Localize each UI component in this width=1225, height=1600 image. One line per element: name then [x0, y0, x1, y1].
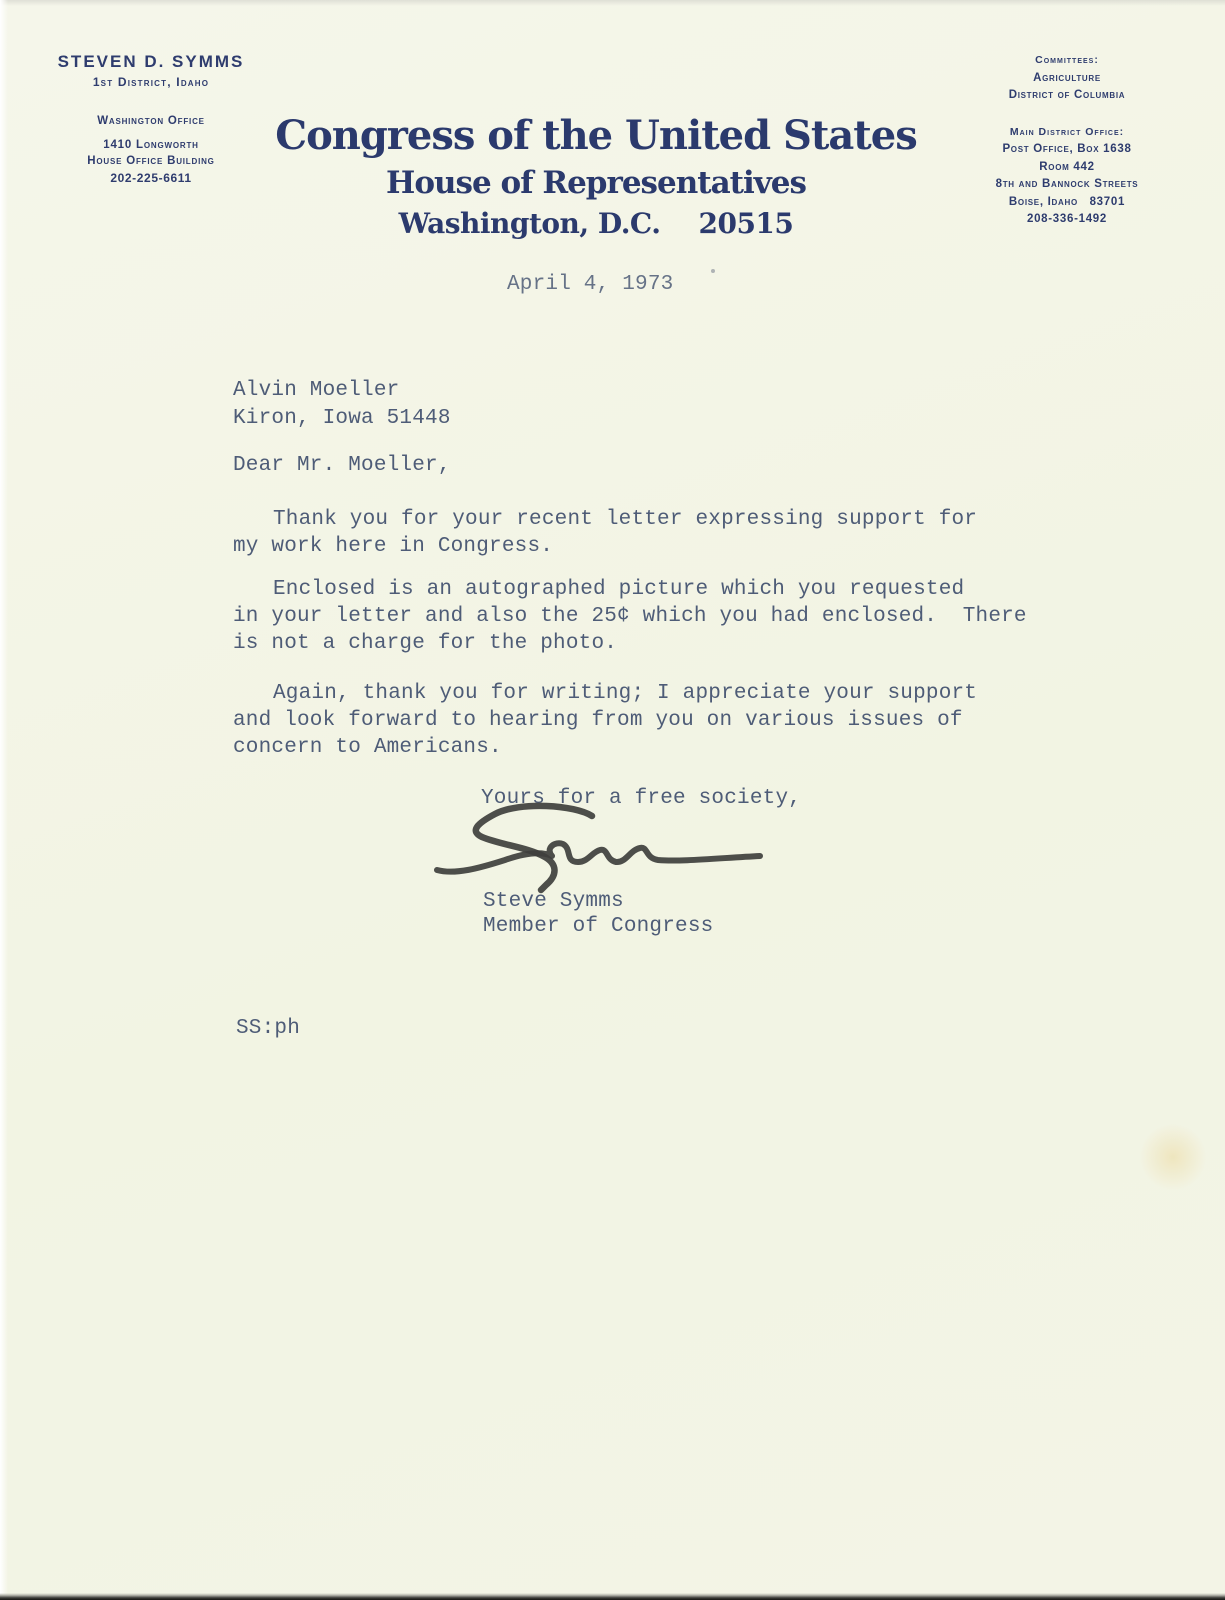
- signature-handwriting: [415, 798, 780, 898]
- paper-stain: [1128, 1112, 1218, 1202]
- committee-agriculture: Agriculture: [952, 70, 1182, 88]
- zip-code: 20515: [698, 207, 793, 240]
- sender-name: Steven D. Symms: [38, 52, 264, 72]
- letter-date: April 4, 1973: [507, 271, 673, 298]
- recipient-city: Kiron, Iowa 51448: [233, 405, 451, 432]
- body-line: Again, thank you for writing; I apprecia…: [233, 680, 977, 707]
- scan-speck: [711, 269, 715, 273]
- salutation: Dear Mr. Moeller,: [233, 452, 451, 479]
- body-line: Enclosed is an autographed picture which…: [233, 576, 964, 603]
- recipient-name: Alvin Moeller: [233, 377, 399, 404]
- signed-name: Steve Symms: [483, 888, 624, 915]
- body-line: my work here in Congress.: [233, 533, 553, 560]
- body-line: Thank you for your recent letter express…: [233, 506, 977, 533]
- house-title: House of Representatives: [0, 162, 1192, 204]
- body-line: concern to Americans.: [233, 734, 502, 761]
- body-line: is not a charge for the photo.: [233, 630, 617, 657]
- signed-title: Member of Congress: [483, 913, 713, 940]
- congress-title: Congress of the United States: [0, 110, 1192, 162]
- scan-edge-bottom: [0, 1593, 1225, 1600]
- body-line: in your letter and also the 25¢ which yo…: [233, 603, 1027, 630]
- scan-edge-top: [0, 0, 1225, 6]
- committee-district-of-columbia: District of Columbia: [952, 87, 1182, 105]
- reference-initials: SS:ph: [236, 1015, 300, 1042]
- committees-label: Committees:: [952, 52, 1182, 70]
- city-zip-line: Washington, D.C.20515: [0, 204, 1192, 244]
- letter-page: Steven D. Symms 1st District, Idaho Wash…: [0, 0, 1225, 1600]
- body-line: and look forward to hearing from you on …: [233, 707, 963, 734]
- sender-district: 1st District, Idaho: [38, 75, 264, 89]
- letterhead-title-block: Congress of the United States House of R…: [0, 110, 1192, 244]
- city-line: Washington, D.C.: [399, 207, 661, 240]
